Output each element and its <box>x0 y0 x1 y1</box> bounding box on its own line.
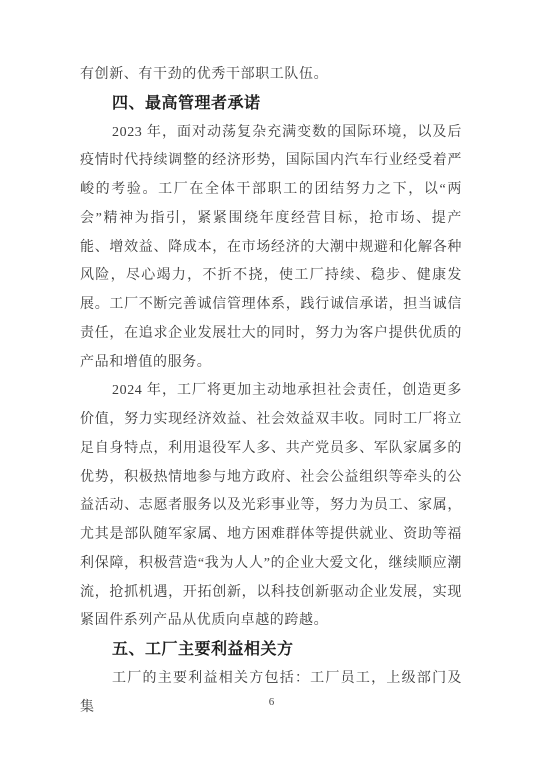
page-number: 6 <box>0 696 543 708</box>
section-heading-main-stakeholders: 五、工厂主要利益相关方 <box>80 636 462 665</box>
paragraph-stakeholders: 工厂的主要利益相关方包括：工厂员工，上级部门及集 <box>80 665 462 723</box>
document-page: 有创新、有干劲的优秀干部职工队伍。 四、最高管理者承诺 2023 年，面对动荡复… <box>0 0 543 768</box>
section-heading-top-management-commitment: 四、最高管理者承诺 <box>80 90 462 119</box>
paragraph-2024-commitment: 2024 年，工厂将更加主动地承担社会责任，创造更多价值，努力实现经济效益、社会… <box>80 377 462 636</box>
paragraph-continuation: 有创新、有干劲的优秀干部职工队伍。 <box>80 61 462 90</box>
paragraph-2023-commitment: 2023 年，面对动荡复杂充满变数的国际环境，以及后疫情时代持续调整的经济形势，… <box>80 119 462 378</box>
page-content: 有创新、有干劲的优秀干部职工队伍。 四、最高管理者承诺 2023 年，面对动荡复… <box>80 61 462 722</box>
